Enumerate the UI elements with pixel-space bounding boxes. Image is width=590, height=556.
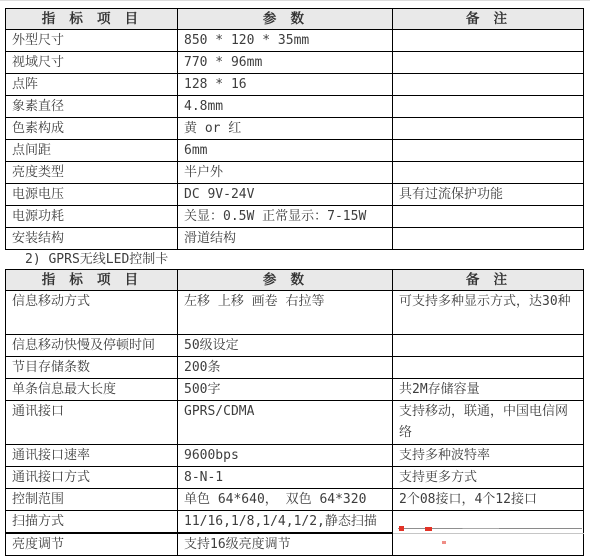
table-cell: 电源功耗 <box>6 206 178 228</box>
table-cell: 关显：0.5W 正常显示：7-15W <box>178 206 393 228</box>
table-cell: 支持更多方式 <box>393 467 584 489</box>
led-panel-spec-table: 指 标 项 目参 数备 注外型尺寸850 * 120 * 35mm视域尺寸770… <box>5 8 584 250</box>
table-cell: 500字 <box>178 379 393 401</box>
table-row: 电源功耗关显：0.5W 正常显示：7-15W <box>6 206 584 228</box>
table-cell: 左移 上移 画卷 右拉等 <box>178 291 393 335</box>
table-cell: 128 * 16 <box>178 74 393 96</box>
table-cell: 支持移动，联通，中国电信网络 <box>393 401 584 445</box>
table-row: 通讯接口方式8-N-1支持更多方式 <box>6 467 584 489</box>
table-cell: 支持多种波特率 <box>393 445 584 467</box>
table-cell: 支持16级亮度调节 <box>178 533 393 556</box>
table-row: 电源电压DC 9V-24V具有过流保护功能 <box>6 184 584 206</box>
column-header: 参 数 <box>178 270 393 291</box>
page-top-edge <box>0 0 590 1</box>
header-row: 指 标 项 目参 数备 注 <box>6 9 584 30</box>
table-cell: GPRS/CDMA <box>178 401 393 445</box>
table-cell: 4.8mm <box>178 96 393 118</box>
table-cell: 11/16,1/8,1/4,1/2,静态扫描 <box>178 511 393 534</box>
table-cell: 扫描方式 <box>6 511 178 534</box>
table-cell: 6mm <box>178 140 393 162</box>
table-cell: 通讯接口 <box>6 401 178 445</box>
table-cell: 点阵 <box>6 74 178 96</box>
table-cell: 8-N-1 <box>178 467 393 489</box>
section-caption: 2) GPRS无线LED控制卡 <box>0 250 590 269</box>
table-cell: 信息移动方式 <box>6 291 178 335</box>
table-row: 视域尺寸770 * 96mm <box>6 52 584 74</box>
table-row: 点阵128 * 16 <box>6 74 584 96</box>
column-header: 指 标 项 目 <box>6 270 178 291</box>
table-cell <box>393 335 584 357</box>
table-row: 外型尺寸850 * 120 * 35mm <box>6 30 584 52</box>
table-cell: 电源电压 <box>6 184 178 206</box>
table-cell <box>393 228 584 250</box>
table-cell <box>393 30 584 52</box>
table-row: 通讯接口速率9600bps支持多种波特率 <box>6 445 584 467</box>
table-row: 亮度调节支持16级亮度调节 <box>6 533 584 556</box>
table-cell <box>393 533 584 556</box>
table-cell: 共2M存储容量 <box>393 379 584 401</box>
table-cell: 滑道结构 <box>178 228 393 250</box>
table-cell: DC 9V-24V <box>178 184 393 206</box>
table-cell: 2个08接口，4个12接口 <box>393 489 584 511</box>
table-row: 扫描方式11/16,1/8,1/4,1/2,静态扫描 <box>6 511 584 534</box>
table-cell: 控制范围 <box>6 489 178 511</box>
table-cell: 单条信息最大长度 <box>6 379 178 401</box>
table-row: 亮度类型半户外 <box>6 162 584 184</box>
table-row: 点间距6mm <box>6 140 584 162</box>
table-cell <box>393 52 584 74</box>
table-cell: 外型尺寸 <box>6 30 178 52</box>
table-cell <box>393 74 584 96</box>
table-row: 安装结构滑道结构 <box>6 228 584 250</box>
table-cell: 亮度类型 <box>6 162 178 184</box>
table-cell: 可支持多种显示方式，达30种 <box>393 291 584 335</box>
table-row: 控制范围单色 64*640， 双色 64*3202个08接口，4个12接口 <box>6 489 584 511</box>
table-cell: 通讯接口方式 <box>6 467 178 489</box>
table-cell: 象素直径 <box>6 96 178 118</box>
table-row: 色素构成黄 or 红 <box>6 118 584 140</box>
table-cell: 点间距 <box>6 140 178 162</box>
table-row: 信息移动方式左移 上移 画卷 右拉等可支持多种显示方式，达30种 <box>6 291 584 335</box>
table-row: 节目存储条数200条 <box>6 357 584 379</box>
table-row: 信息移动快慢及停顿时间50级设定 <box>6 335 584 357</box>
table-cell: 单色 64*640， 双色 64*320 <box>178 489 393 511</box>
table-cell <box>393 357 584 379</box>
table-cell: 安装结构 <box>6 228 178 250</box>
table-cell: 色素构成 <box>6 118 178 140</box>
table-row: 象素直径4.8mm <box>6 96 584 118</box>
table-cell: 黄 or 红 <box>178 118 393 140</box>
table-cell <box>393 511 584 534</box>
column-header: 参 数 <box>178 9 393 30</box>
column-header: 备 注 <box>393 270 584 291</box>
table-cell: 200条 <box>178 357 393 379</box>
table-cell: 50级设定 <box>178 335 393 357</box>
gprs-control-card-spec-table: 指 标 项 目参 数备 注信息移动方式左移 上移 画卷 右拉等可支持多种显示方式… <box>5 269 584 556</box>
table-row: 通讯接口GPRS/CDMA支持移动，联通，中国电信网络 <box>6 401 584 445</box>
table-cell: 通讯接口速率 <box>6 445 178 467</box>
table-cell: 9600bps <box>178 445 393 467</box>
table-cell <box>393 162 584 184</box>
column-header: 备 注 <box>393 9 584 30</box>
table-cell <box>393 206 584 228</box>
table-cell: 770 * 96mm <box>178 52 393 74</box>
table-cell <box>393 118 584 140</box>
table-cell: 亮度调节 <box>6 533 178 556</box>
table-cell <box>393 96 584 118</box>
column-header: 指 标 项 目 <box>6 9 178 30</box>
table-cell: 850 * 120 * 35mm <box>178 30 393 52</box>
table-cell: 半户外 <box>178 162 393 184</box>
header-row: 指 标 项 目参 数备 注 <box>6 270 584 291</box>
table-cell: 节目存储条数 <box>6 357 178 379</box>
table-cell <box>393 140 584 162</box>
table-cell: 视域尺寸 <box>6 52 178 74</box>
table-row: 单条信息最大长度500字共2M存储容量 <box>6 379 584 401</box>
table-cell: 具有过流保护功能 <box>393 184 584 206</box>
table-cell: 信息移动快慢及停顿时间 <box>6 335 178 357</box>
